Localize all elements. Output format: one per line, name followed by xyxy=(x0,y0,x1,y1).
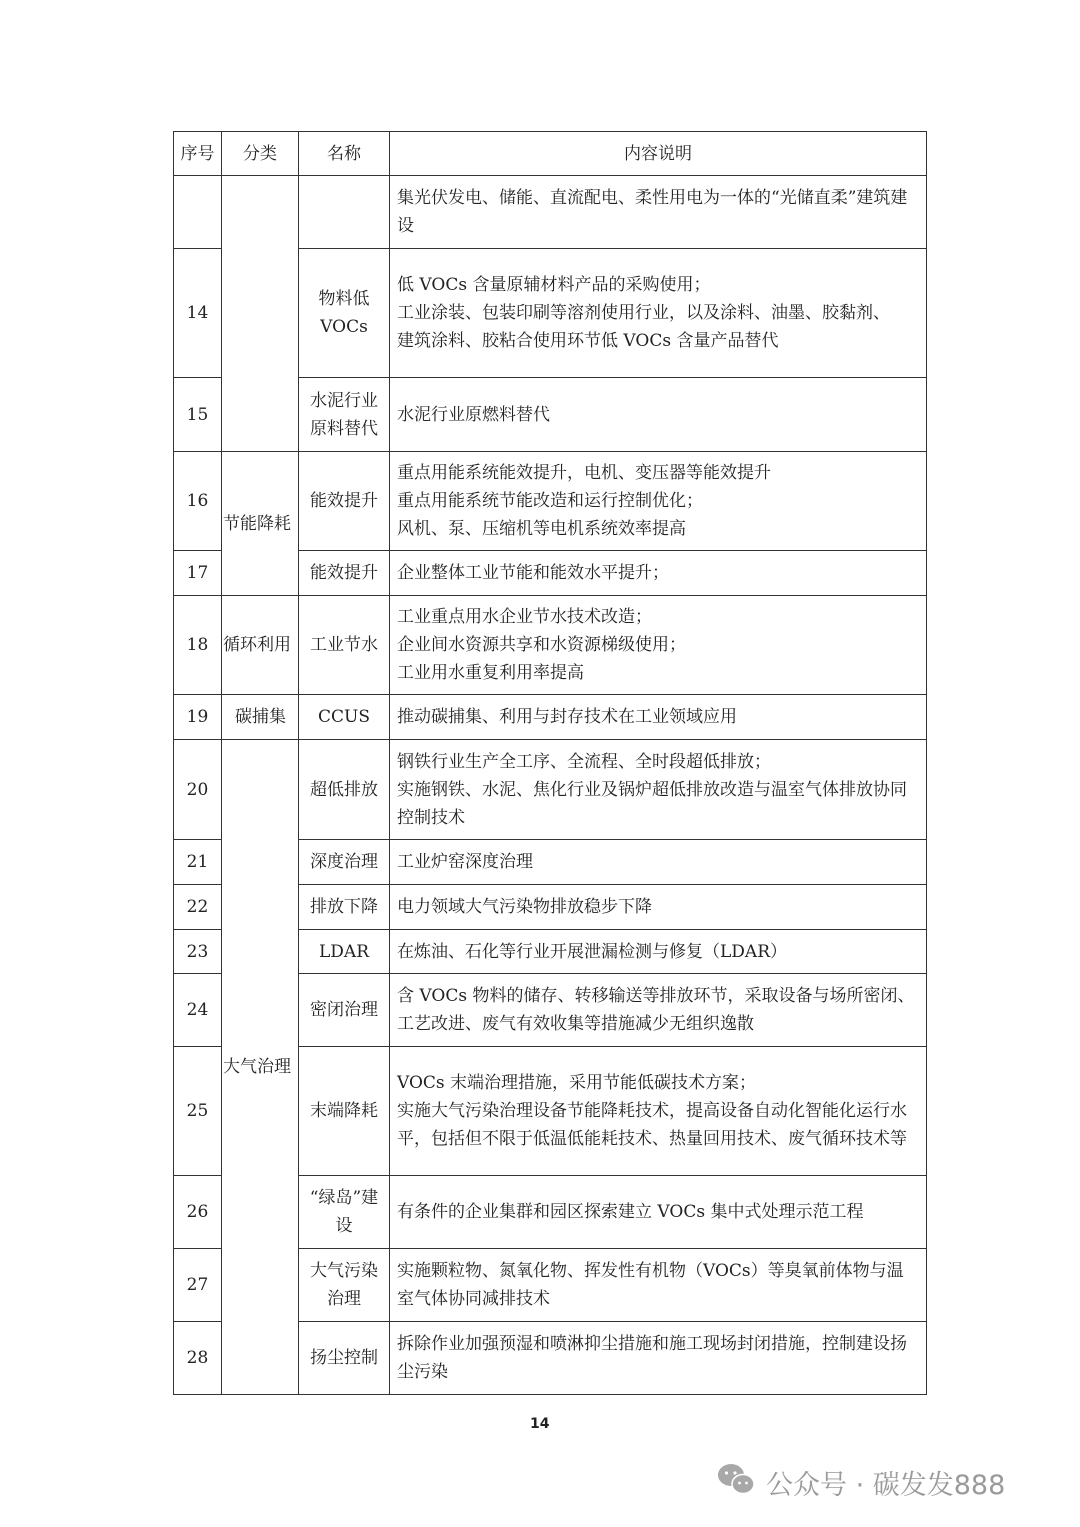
row-name: 能效提升 xyxy=(299,551,390,596)
row-index: 27 xyxy=(174,1249,222,1322)
description-line: 集光伏发电、储能、直流配电、柔性用电为一体的“光储直柔”建筑建设 xyxy=(397,184,920,240)
page-number: 14 xyxy=(530,1416,549,1432)
description-line: 企业整体工业节能和能效水平提升； xyxy=(397,559,920,587)
row-index: 17 xyxy=(174,551,222,596)
row-description: VOCs 末端治理措施，采用节能低碳技术方案； 实施大气污染治理设备节能降耗技术… xyxy=(390,1047,927,1176)
row-name: 超低排放 xyxy=(299,740,390,840)
row-index: 22 xyxy=(174,885,222,930)
row-index: 20 xyxy=(174,740,222,840)
description-line: 建筑涂料、胶粘合使用环节低 VOCs 含量产品替代 xyxy=(397,327,920,355)
description-line: 实施大气污染治理设备节能降耗技术，提高设备自动化智能化运行水平，包括但不限于低温… xyxy=(397,1097,920,1153)
row-index: 24 xyxy=(174,974,222,1047)
row-description: 实施颗粒物、氮氧化物、挥发性有机物（VOCs）等臭氧前体物与温室气体协同减排技术 xyxy=(390,1249,927,1322)
row-description: 工业炉窑深度治理 xyxy=(390,840,927,885)
header-category: 分类 xyxy=(222,132,299,176)
row-name: “绿岛”建设 xyxy=(299,1176,390,1249)
row-name: 密闭治理 xyxy=(299,974,390,1047)
table-row: 16 节能降耗 能效提升 重点用能系统能效提升，电机、变压器等能效提升 重点用能… xyxy=(174,452,927,551)
row-index: 15 xyxy=(174,378,222,452)
row-index: 18 xyxy=(174,596,222,695)
description-line: 工业重点用水企业节水技术改造； xyxy=(397,603,920,631)
description-line: 推动碳捕集、利用与封存技术在工业领域应用 xyxy=(397,703,920,731)
description-line: 电力领域大气污染物排放稳步下降 xyxy=(397,893,920,921)
row-description: 有条件的企业集群和园区探索建立 VOCs 集中式处理示范工程 xyxy=(390,1176,927,1249)
table-row: 19 碳捕集 CCUS 推动碳捕集、利用与封存技术在工业领域应用 xyxy=(174,695,927,740)
row-name: 物料低VOCs xyxy=(299,249,390,378)
row-index xyxy=(174,176,222,249)
row-description: 钢铁行业生产全工序、全流程、全时段超低排放； 实施钢铁、水泥、焦化行业及锅炉超低… xyxy=(390,740,927,840)
row-name: 水泥行业原料替代 xyxy=(299,378,390,452)
row-category: 节能降耗 xyxy=(222,452,299,596)
row-name xyxy=(299,176,390,249)
row-description: 工业重点用水企业节水技术改造； 企业间水资源共享和水资源梯级使用； 工业用水重复… xyxy=(390,596,927,695)
row-index: 14 xyxy=(174,249,222,378)
table-row: 18 循环利用 工业节水 工业重点用水企业节水技术改造； 企业间水资源共享和水资… xyxy=(174,596,927,695)
description-line: 钢铁行业生产全工序、全流程、全时段超低排放； xyxy=(397,748,920,776)
row-category: 碳捕集 xyxy=(222,695,299,740)
row-index: 26 xyxy=(174,1176,222,1249)
header-description: 内容说明 xyxy=(390,132,927,176)
row-description: 在炼油、石化等行业开展泄漏检测与修复（LDAR） xyxy=(390,930,927,974)
description-line: 含 VOCs 物料的储存、转移输送等排放环节，采取设备与场所密闭、工艺改进、废气… xyxy=(397,982,920,1038)
row-description: 集光伏发电、储能、直流配电、柔性用电为一体的“光储直柔”建筑建设 xyxy=(390,176,927,249)
description-line: 实施钢铁、水泥、焦化行业及锅炉超低排放改造与温室气体排放协同控制技术 xyxy=(397,776,920,832)
policy-table: 序号 分类 名称 内容说明 集光伏发电、储能、直流配电、柔性用电为一体的“光储直… xyxy=(173,131,927,1395)
row-description: 重点用能系统能效提升，电机、变压器等能效提升 重点用能系统节能改造和运行控制优化… xyxy=(390,452,927,551)
description-line: VOCs 末端治理措施，采用节能低碳技术方案； xyxy=(397,1069,920,1097)
description-line: 工业炉窑深度治理 xyxy=(397,848,920,876)
watermark-text: 公众号 · 碳发发888 xyxy=(766,1463,1005,1502)
row-description: 企业整体工业节能和能效水平提升； xyxy=(390,551,927,596)
table-row: 集光伏发电、储能、直流配电、柔性用电为一体的“光储直柔”建筑建设 xyxy=(174,176,927,249)
description-line: 工业用水重复利用率提高 xyxy=(397,659,920,687)
row-index: 23 xyxy=(174,930,222,974)
description-line: 拆除作业加强预湿和喷淋抑尘措施和施工现场封闭措施，控制建设扬尘污染 xyxy=(397,1330,920,1386)
row-name: 深度治理 xyxy=(299,840,390,885)
row-description: 水泥行业原燃料替代 xyxy=(390,378,927,452)
row-name: 大气污染治理 xyxy=(299,1249,390,1322)
description-line: 重点用能系统能效提升，电机、变压器等能效提升 xyxy=(397,459,920,487)
header-index: 序号 xyxy=(174,132,222,176)
row-name: LDAR xyxy=(299,930,390,974)
row-name: 能效提升 xyxy=(299,452,390,551)
row-index: 19 xyxy=(174,695,222,740)
row-description: 电力领域大气污染物排放稳步下降 xyxy=(390,885,927,930)
description-line: 实施颗粒物、氮氧化物、挥发性有机物（VOCs）等臭氧前体物与温室气体协同减排技术 xyxy=(397,1257,920,1313)
description-line: 在炼油、石化等行业开展泄漏检测与修复（LDAR） xyxy=(397,938,920,966)
description-line: 水泥行业原燃料替代 xyxy=(397,401,920,429)
description-line: 工业涂装、包装印刷等溶剂使用行业，以及涂料、油墨、胶黏剂、 xyxy=(397,299,920,327)
row-description: 含 VOCs 物料的储存、转移输送等排放环节，采取设备与场所密闭、工艺改进、废气… xyxy=(390,974,927,1047)
row-name: 工业节水 xyxy=(299,596,390,695)
header-name: 名称 xyxy=(299,132,390,176)
row-index: 28 xyxy=(174,1322,222,1395)
row-name: 排放下降 xyxy=(299,885,390,930)
description-line: 重点用能系统节能改造和运行控制优化； xyxy=(397,487,920,515)
row-name: 扬尘控制 xyxy=(299,1322,390,1395)
row-description: 拆除作业加强预湿和喷淋抑尘措施和施工现场封闭措施，控制建设扬尘污染 xyxy=(390,1322,927,1395)
row-index: 16 xyxy=(174,452,222,551)
description-line: 有条件的企业集群和园区探索建立 VOCs 集中式处理示范工程 xyxy=(397,1198,920,1226)
wechat-icon xyxy=(716,1462,766,1503)
row-description: 推动碳捕集、利用与封存技术在工业领域应用 xyxy=(390,695,927,740)
table-row: 20 大气治理 超低排放 钢铁行业生产全工序、全流程、全时段超低排放； 实施钢铁… xyxy=(174,740,927,840)
description-line: 企业间水资源共享和水资源梯级使用； xyxy=(397,631,920,659)
row-category xyxy=(222,176,299,452)
row-category: 大气治理 xyxy=(222,740,299,1395)
watermark: 公众号 · 碳发发888 xyxy=(716,1462,1005,1503)
row-name: 末端降耗 xyxy=(299,1047,390,1176)
description-line: 低 VOCs 含量原辅材料产品的采购使用； xyxy=(397,271,920,299)
row-name: CCUS xyxy=(299,695,390,740)
row-description: 低 VOCs 含量原辅材料产品的采购使用； 工业涂装、包装印刷等溶剂使用行业，以… xyxy=(390,249,927,378)
table-header-row: 序号 分类 名称 内容说明 xyxy=(174,132,927,176)
row-index: 25 xyxy=(174,1047,222,1176)
description-line: 风机、泵、压缩机等电机系统效率提高 xyxy=(397,515,920,543)
row-index: 21 xyxy=(174,840,222,885)
row-category: 循环利用 xyxy=(222,596,299,695)
